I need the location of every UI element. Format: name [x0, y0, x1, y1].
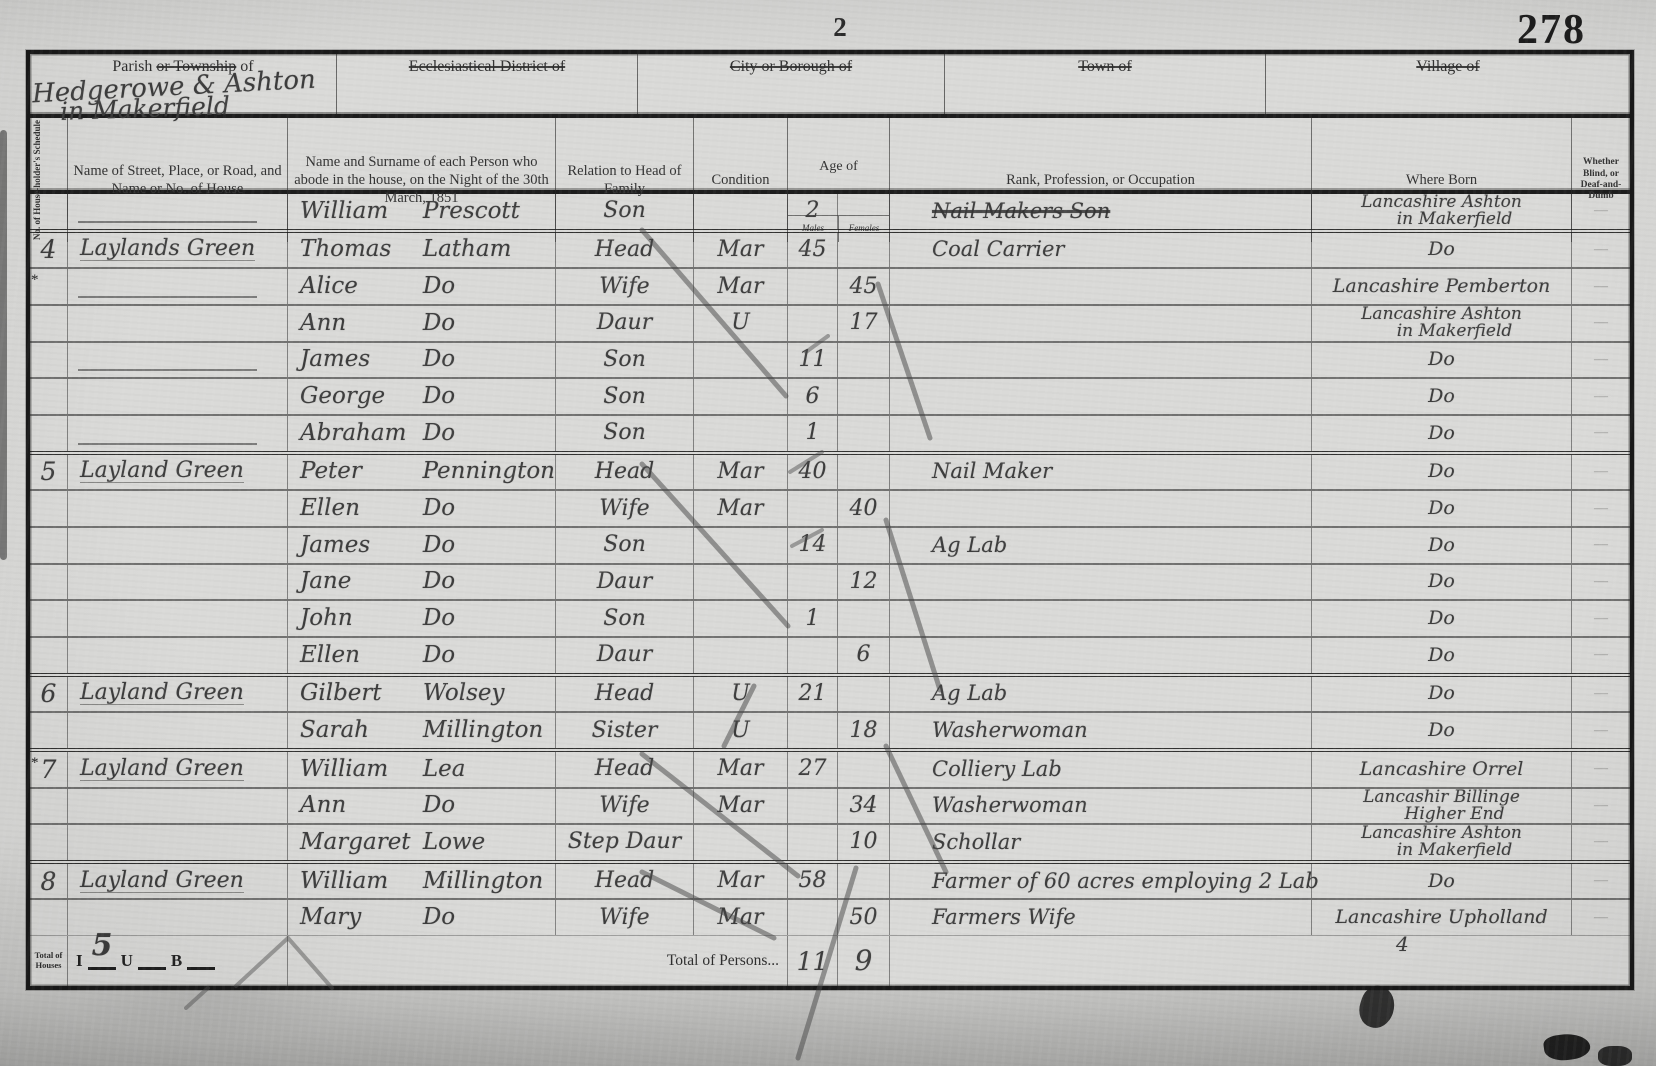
- age-female-cell: [838, 233, 890, 268]
- surname-value: Do: [423, 607, 555, 630]
- age-male-value: 14: [799, 534, 827, 556]
- age-female-value: 17: [850, 312, 878, 334]
- surname-value: Do: [423, 906, 555, 929]
- age-male-value: 58: [799, 870, 827, 892]
- street-cell: [68, 194, 288, 229]
- age-female-value: 18: [850, 720, 878, 742]
- blind-cell: [1572, 825, 1630, 860]
- condition-value: U: [731, 720, 750, 742]
- condition-value: Mar: [717, 907, 763, 929]
- street-cell: [68, 269, 288, 304]
- blind-cell: [1572, 789, 1630, 824]
- relation-cell: Son: [556, 379, 694, 414]
- schedule-cell: [30, 825, 68, 860]
- age-female-value: 40: [850, 498, 878, 520]
- city-borough-cell: City or Borough of: [638, 54, 945, 114]
- table-row: George Do Son 6 Do: [30, 379, 1630, 416]
- table-row: James Do Son 14 Ag Lab Do: [30, 528, 1630, 565]
- relation-value: Daur: [597, 644, 652, 666]
- relation-cell: Step Daur: [556, 825, 694, 860]
- schedule-cell: 5: [30, 455, 68, 490]
- age-female-cell: 50: [838, 900, 890, 935]
- blind-cell: [1572, 306, 1630, 341]
- schedule-cell: * 7: [30, 752, 68, 787]
- age-female-value: 6: [857, 644, 871, 666]
- blind-cell: [1572, 864, 1630, 899]
- occupation-value: Coal Carrier: [932, 239, 1064, 260]
- name-cell: Peter Pennington: [288, 455, 556, 490]
- age-male-value: 11: [799, 349, 827, 371]
- schedule-cell: [30, 789, 68, 824]
- relation-cell: Son: [556, 343, 694, 378]
- street-cell: [68, 713, 288, 748]
- age-male-value: 27: [799, 758, 827, 780]
- relation-cell: Son: [556, 416, 694, 451]
- where-born-cell: Lancashire Ashton in Makerfield: [1312, 825, 1572, 860]
- surname-value: Latham: [423, 238, 555, 261]
- relation-value: Sister: [592, 720, 658, 742]
- age-female-cell: [838, 455, 890, 490]
- where-born-cell: Do: [1312, 677, 1572, 712]
- given-name-value: James: [288, 534, 423, 557]
- table-row: Abraham Do Son 1 Do: [30, 416, 1630, 455]
- condition-cell: [694, 194, 788, 229]
- condition-cell: [694, 528, 788, 563]
- given-name-value: James: [288, 348, 423, 371]
- relation-value: Son: [603, 534, 646, 556]
- street-cell: [68, 306, 288, 341]
- name-cell: Jane Do: [288, 565, 556, 600]
- surname-value: Lowe: [423, 831, 555, 854]
- name-cell: Ellen Do: [288, 638, 556, 673]
- table-row: Mary Do Wife Mar 50 Farmers Wife Lancash…: [30, 900, 1630, 935]
- age-male-cell: [788, 638, 838, 673]
- surname-value: Do: [423, 534, 555, 557]
- table-row: Ann Do Daur U 17 Lancashire Ashton in Ma…: [30, 306, 1630, 343]
- inhabited-value: 5: [92, 931, 113, 961]
- name-cell: Thomas Latham: [288, 233, 556, 268]
- age-female-cell: 45: [838, 269, 890, 304]
- occupation-value: Farmers Wife: [932, 907, 1076, 928]
- born-line2: in Makerfield: [1371, 842, 1513, 859]
- age-female-cell: 34: [838, 789, 890, 824]
- schedule-cell: [30, 638, 68, 673]
- relation-value: Wife: [599, 795, 649, 817]
- age-female-cell: [838, 864, 890, 899]
- surname-value: Do: [423, 422, 555, 445]
- table-row: Ellen Do Wife Mar 40 Do: [30, 491, 1630, 528]
- age-male-cell: 6: [788, 379, 838, 414]
- given-name-value: Alice: [288, 275, 423, 298]
- table-row: Margaret Lowe Step Daur 10 Schollar Lanc…: [30, 825, 1630, 864]
- surname-value: Do: [423, 348, 555, 371]
- table-row: 8 Layland Green William Millington Head …: [30, 864, 1630, 901]
- condition-cell: U: [694, 713, 788, 748]
- relation-cell: Head: [556, 677, 694, 712]
- given-name-value: Abraham: [288, 422, 423, 445]
- schedule-cell: [30, 528, 68, 563]
- table-row: James Do Son 11 Do: [30, 343, 1630, 380]
- blind-cell: [1572, 343, 1630, 378]
- name-cell: Sarah Millington: [288, 713, 556, 748]
- occupation-cell: Colliery Lab: [890, 752, 1312, 787]
- age-male-cell: [788, 789, 838, 824]
- age-male-cell: 40: [788, 455, 838, 490]
- city-borough-label: City or Borough of: [730, 58, 852, 75]
- given-name-value: Margaret: [288, 831, 423, 854]
- table-row: 4 Laylands Green Thomas Latham Head Mar …: [30, 233, 1630, 270]
- occupation-value: Nail Makers Son: [932, 201, 1110, 222]
- surname-value: Do: [423, 497, 555, 520]
- where-born-cell: Lancashire Ashton in Makerfield: [1312, 306, 1572, 341]
- surname-value: Millington: [423, 719, 555, 742]
- where-born-cell: Do: [1312, 713, 1572, 748]
- occupation-value: Schollar: [932, 832, 1020, 853]
- surname-value: Lea: [423, 758, 555, 781]
- relation-cell: Son: [556, 528, 694, 563]
- blind-cell: [1572, 565, 1630, 600]
- age-female-cell: 10: [838, 825, 890, 860]
- street-cell: [68, 491, 288, 526]
- page-number: 2: [800, 12, 880, 43]
- surname-value: Do: [423, 570, 555, 593]
- street-cell: [68, 601, 288, 636]
- age-female-value: 12: [850, 571, 878, 593]
- condition-value: Mar: [717, 239, 763, 261]
- occupation-cell: Coal Carrier: [890, 233, 1312, 268]
- condition-cell: [694, 343, 788, 378]
- total-males-cell: 11: [788, 936, 838, 986]
- occupation-cell: Ag Lab: [890, 528, 1312, 563]
- age-male-value: 1: [806, 608, 820, 630]
- book-spine-shadow: [0, 130, 7, 560]
- town-cell: Town of: [945, 54, 1266, 114]
- relation-cell: Wife: [556, 491, 694, 526]
- relation-cell: Head: [556, 233, 694, 268]
- building-blank: [187, 953, 215, 970]
- condition-value: Mar: [717, 276, 763, 298]
- age-female-cell: [838, 194, 890, 229]
- surname-value: Pennington: [423, 460, 555, 483]
- age-female-value: 10: [850, 831, 878, 853]
- table-row: Ann Do Wife Mar 34 Washerwoman Lancashir…: [30, 789, 1630, 826]
- name-cell: James Do: [288, 528, 556, 563]
- relation-cell: Daur: [556, 565, 694, 600]
- table-row: Sarah Millington Sister U 18 Washerwoman…: [30, 713, 1630, 752]
- born-line1: Do: [1428, 572, 1455, 591]
- born-line1: Do: [1428, 499, 1455, 518]
- ink-blot: [1598, 1046, 1632, 1066]
- given-name-value: Ann: [288, 794, 423, 817]
- name-cell: Mary Do: [288, 900, 556, 935]
- margin-mark: *: [31, 755, 39, 772]
- age-female-value: 45: [850, 276, 878, 298]
- relation-cell: Wife: [556, 269, 694, 304]
- given-name-value: Sarah: [288, 719, 423, 742]
- occupation-cell: [890, 379, 1312, 414]
- occupation-cell: [890, 638, 1312, 673]
- street-cell: [68, 528, 288, 563]
- tally-mark: 4: [1396, 932, 1409, 956]
- condition-cell: U: [694, 306, 788, 341]
- name-cell: John Do: [288, 601, 556, 636]
- occupation-cell: [890, 269, 1312, 304]
- condition-value: Mar: [717, 795, 763, 817]
- street-cell: Layland Green: [68, 752, 288, 787]
- occupation-cell: [890, 565, 1312, 600]
- given-name-value: Ellen: [288, 497, 423, 520]
- age-female-cell: [838, 677, 890, 712]
- street-cell: Layland Green: [68, 864, 288, 899]
- schedule-cell: [30, 601, 68, 636]
- street-value: Layland Green: [80, 870, 244, 893]
- surname-value: Wolsey: [423, 682, 555, 705]
- occupation-cell: Farmer of 60 acres employing 2 Lab: [890, 864, 1312, 899]
- occupation-value: Washerwoman: [932, 720, 1088, 741]
- surname-value: Do: [423, 385, 555, 408]
- occupation-cell: Nail Maker: [890, 455, 1312, 490]
- age-male-value: 21: [799, 683, 827, 705]
- where-born-cell: Do: [1312, 864, 1572, 899]
- street-value: Layland Green: [80, 460, 244, 483]
- occupation-cell: Washerwoman: [890, 789, 1312, 824]
- name-cell: James Do: [288, 343, 556, 378]
- born-line2: in Makerfield: [1371, 211, 1513, 228]
- relation-value: Son: [603, 349, 646, 371]
- total-females-cell: 9: [838, 936, 890, 986]
- schedule-cell: [30, 565, 68, 600]
- relation-value: Son: [603, 200, 646, 222]
- born-line1: Do: [1428, 462, 1455, 481]
- total-houses-label: Total of Houses: [30, 936, 68, 986]
- street-cell: Layland Green: [68, 455, 288, 490]
- relation-value: Son: [603, 608, 646, 630]
- condition-cell: [694, 601, 788, 636]
- relation-value: Head: [595, 461, 654, 483]
- condition-cell: Mar: [694, 864, 788, 899]
- where-born-cell: Do: [1312, 491, 1572, 526]
- relation-value: Daur: [597, 312, 652, 334]
- age-male-cell: 27: [788, 752, 838, 787]
- age-female-cell: [838, 416, 890, 451]
- condition-cell: Mar: [694, 752, 788, 787]
- name-cell: Abraham Do: [288, 416, 556, 451]
- age-male-value: 40: [799, 461, 827, 483]
- schedule-cell: [30, 379, 68, 414]
- table-row: William Prescott Son 2 Nail Makers Son L…: [30, 194, 1630, 233]
- blind-cell: [1572, 194, 1630, 229]
- born-line1: Lancashire Upholland: [1335, 908, 1547, 927]
- name-cell: William Lea: [288, 752, 556, 787]
- born-line1: Do: [1428, 240, 1455, 259]
- name-cell: Ellen Do: [288, 491, 556, 526]
- condition-cell: Mar: [694, 789, 788, 824]
- relation-value: Daur: [597, 571, 652, 593]
- relation-cell: Sister: [556, 713, 694, 748]
- age-male-cell: 21: [788, 677, 838, 712]
- condition-value: Mar: [717, 498, 763, 520]
- age-male-cell: 1: [788, 601, 838, 636]
- occupation-value: Colliery Lab: [932, 759, 1062, 780]
- street-cell: Layland Green: [68, 677, 288, 712]
- schedule-cell: [30, 416, 68, 451]
- relation-value: Wife: [599, 907, 649, 929]
- relation-cell: Head: [556, 752, 694, 787]
- surname-value: Prescott: [423, 200, 555, 223]
- condition-cell: Mar: [694, 900, 788, 935]
- relation-cell: Son: [556, 601, 694, 636]
- schedule-number: 4: [41, 237, 57, 262]
- street-cell: [68, 638, 288, 673]
- table-row: 6 Layland Green Gilbert Wolsey Head U 21…: [30, 677, 1630, 714]
- blind-cell: [1572, 900, 1630, 935]
- blind-cell: [1572, 601, 1630, 636]
- age-male-value: 2: [806, 200, 820, 222]
- occupation-cell: Washerwoman: [890, 713, 1312, 748]
- rows-area: William Prescott Son 2 Nail Makers Son L…: [30, 194, 1630, 935]
- born-line1: Do: [1428, 872, 1455, 891]
- born-line1: Do: [1428, 721, 1455, 740]
- given-name-value: Ellen: [288, 644, 423, 667]
- street-cell: Laylands Green: [68, 233, 288, 268]
- name-cell: William Millington: [288, 864, 556, 899]
- street-cell: [68, 416, 288, 451]
- condition-cell: [694, 565, 788, 600]
- census-table: Parish or Township of Hedgerowe & Ashton…: [26, 50, 1634, 990]
- ink-blot: [1542, 1031, 1591, 1063]
- relation-value: Step Daur: [568, 831, 681, 853]
- age-female-cell: [838, 343, 890, 378]
- born-line1: Do: [1428, 684, 1455, 703]
- building-label: B: [171, 951, 182, 971]
- relation-cell: Son: [556, 194, 694, 229]
- where-born-cell: Do: [1312, 565, 1572, 600]
- totals-empty-cell: [890, 936, 1630, 986]
- relation-value: Son: [603, 422, 646, 444]
- blind-cell: [1572, 269, 1630, 304]
- condition-cell: [694, 638, 788, 673]
- schedule-cell: [30, 491, 68, 526]
- age-male-cell: [788, 825, 838, 860]
- relation-value: Head: [595, 239, 654, 261]
- schedule-cell: [30, 343, 68, 378]
- born-line1: Do: [1428, 609, 1455, 628]
- age-female-value: 34: [850, 795, 878, 817]
- occupation-cell: Schollar: [890, 825, 1312, 860]
- table-row: 5 Layland Green Peter Pennington Head Ma…: [30, 455, 1630, 492]
- where-born-cell: Lancashir Billinge Higher End: [1312, 789, 1572, 824]
- blind-cell: [1572, 379, 1630, 414]
- census-scan-page: 2 278 Parish or Township of Hedgerowe & …: [0, 0, 1656, 1066]
- occupation-cell: Ag Lab: [890, 677, 1312, 712]
- surname-value: Do: [423, 794, 555, 817]
- where-born-cell: Lancashire Upholland: [1312, 900, 1572, 935]
- where-born-cell: Do: [1312, 233, 1572, 268]
- street-cell: [68, 379, 288, 414]
- street-cell: [68, 789, 288, 824]
- condition-cell: [694, 416, 788, 451]
- houses-summary-cell: I 5 U B: [68, 936, 288, 986]
- condition-cell: [694, 825, 788, 860]
- blind-cell: [1572, 713, 1630, 748]
- given-name-value: William: [288, 200, 423, 223]
- table-row: Jane Do Daur 12 Do: [30, 565, 1630, 602]
- age-male-cell: 11: [788, 343, 838, 378]
- relation-value: Head: [595, 758, 654, 780]
- street-cell: [68, 825, 288, 860]
- inhabited-label: I: [76, 951, 83, 971]
- ecclesiastical-district-cell: Ecclesiastical District of: [337, 54, 638, 114]
- surname-value: Millington: [423, 870, 555, 893]
- age-male-cell: [788, 713, 838, 748]
- age-female-cell: [838, 528, 890, 563]
- name-cell: Margaret Lowe: [288, 825, 556, 860]
- relation-value: Wife: [599, 498, 649, 520]
- schedule-cell: [30, 194, 68, 229]
- relation-cell: Wife: [556, 789, 694, 824]
- condition-cell: [694, 379, 788, 414]
- schedule-cell: [30, 900, 68, 935]
- blind-cell: [1572, 752, 1630, 787]
- age-female-cell: 17: [838, 306, 890, 341]
- occupation-cell: [890, 601, 1312, 636]
- where-born-cell: Do: [1312, 343, 1572, 378]
- born-line1: Do: [1428, 646, 1455, 665]
- name-cell: George Do: [288, 379, 556, 414]
- surname-value: Do: [423, 312, 555, 335]
- street-value: Laylands Green: [80, 238, 255, 261]
- age-male-cell: [788, 269, 838, 304]
- where-born-cell: Do: [1312, 379, 1572, 414]
- ecclesiastical-district-label: Ecclesiastical District of: [409, 58, 565, 75]
- folio-number: 278: [1517, 6, 1586, 54]
- given-name-value: Ann: [288, 312, 423, 335]
- blind-cell: [1572, 528, 1630, 563]
- relation-value: Son: [603, 386, 646, 408]
- where-born-cell: Do: [1312, 528, 1572, 563]
- schedule-cell: 4: [30, 233, 68, 268]
- age-male-value: 1: [806, 422, 820, 444]
- age-female-cell: 18: [838, 713, 890, 748]
- village-label: Village of: [1416, 58, 1479, 75]
- born-line2: Higher End: [1379, 806, 1505, 823]
- table-row: * 7 Layland Green William Lea Head Mar 2…: [30, 752, 1630, 789]
- where-born-cell: Do: [1312, 416, 1572, 451]
- surname-value: Do: [423, 275, 555, 298]
- uninhabited-blank: [138, 953, 166, 970]
- where-born-cell: Do: [1312, 455, 1572, 490]
- condition-value: U: [731, 312, 750, 334]
- schedule-number: 6: [41, 681, 57, 706]
- surname-value: Do: [423, 644, 555, 667]
- relation-value: Head: [595, 870, 654, 892]
- occupation-value: Washerwoman: [932, 795, 1088, 816]
- age-male-cell: [788, 565, 838, 600]
- age-female-cell: 40: [838, 491, 890, 526]
- schedule-cell: 6: [30, 677, 68, 712]
- age-female-value: 50: [850, 907, 878, 929]
- blind-cell: [1572, 416, 1630, 451]
- condition-value: Mar: [717, 461, 763, 483]
- table-row: * Alice Do Wife Mar 45 Lancashire Pember…: [30, 269, 1630, 306]
- age-male-cell: 2: [788, 194, 838, 229]
- age-male-cell: 14: [788, 528, 838, 563]
- condition-cell: Mar: [694, 233, 788, 268]
- born-line1: Do: [1428, 387, 1455, 406]
- total-persons-label: Total of Persons...: [288, 936, 788, 986]
- occupation-cell: [890, 491, 1312, 526]
- table-row: John Do Son 1 Do: [30, 601, 1630, 638]
